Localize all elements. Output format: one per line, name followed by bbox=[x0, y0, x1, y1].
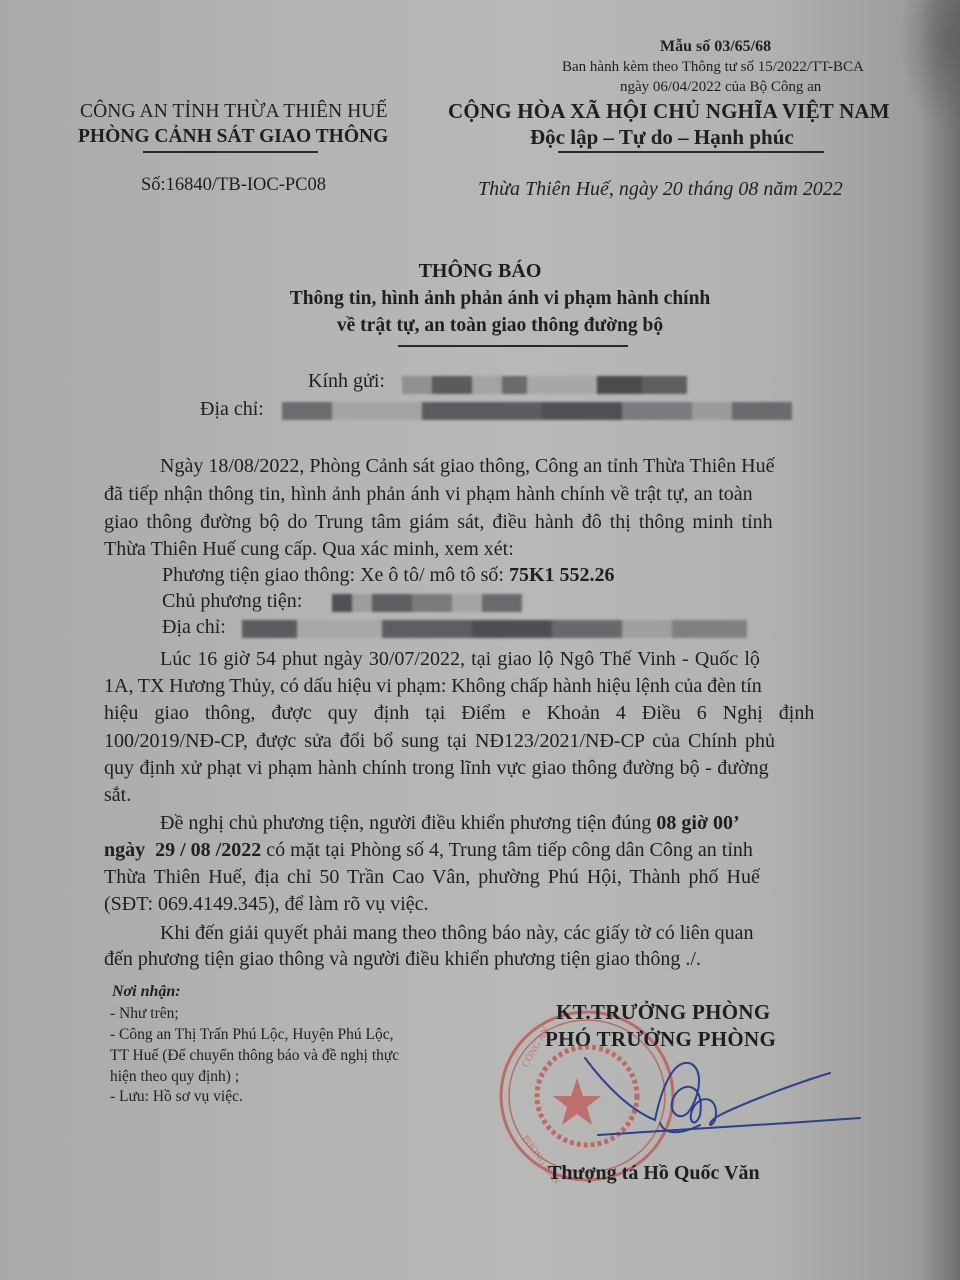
signature-title-line-1: KT.TRƯỞNG PHÒNG bbox=[556, 1000, 771, 1025]
address-redacted bbox=[282, 402, 792, 420]
page-edge-shadow bbox=[920, 0, 960, 1280]
body-paragraph-2-line-2: 1A, TX Hương Thủy, có dấu hiệu vi phạm: … bbox=[104, 675, 762, 698]
address-label: Địa chỉ: bbox=[200, 398, 264, 421]
nation-title: CỘNG HÒA XÃ HỘI CHỦ NGHĨA VIỆT NAM bbox=[448, 99, 890, 124]
form-issued-line-2: ngày 06/04/2022 của Bộ Công an bbox=[620, 79, 821, 96]
form-number: Mẫu số 03/65/68 bbox=[660, 38, 771, 56]
agency-underline bbox=[143, 151, 318, 153]
receiver-item: - Lưu: Hồ sơ vụ việc. bbox=[110, 1088, 243, 1106]
owner-address-redacted bbox=[242, 620, 747, 638]
body-paragraph-3-line-1: Đề nghị chủ phương tiện, người điều khiể… bbox=[160, 812, 740, 835]
body-paragraph-1-line-2: đã tiếp nhận thông tin, hình ảnh phản án… bbox=[104, 483, 753, 506]
subtitle-underline bbox=[398, 345, 628, 347]
recipient-redacted bbox=[402, 376, 687, 394]
body-paragraph-1-line-4: Thừa Thiên Huế cung cấp. Qua xác minh, x… bbox=[104, 538, 514, 561]
document-number: Số:16840/TB-IOC-PC08 bbox=[141, 175, 326, 196]
body-paragraph-3-line-3: Thừa Thiên Huế, địa chỉ 50 Trần Cao Vân,… bbox=[104, 866, 760, 889]
body-paragraph-3-line-2: ngày 29 / 08 /2022 có mặt tại Phòng số 4… bbox=[104, 839, 753, 862]
vehicle-line: Phương tiện giao thông: Xe ô tô/ mô tô s… bbox=[162, 564, 615, 587]
document-subtitle-line-1: Thông tin, hình ảnh phản ánh vi phạm hàn… bbox=[0, 288, 960, 310]
national-motto: Độc lập – Tự do – Hạnh phúc bbox=[530, 125, 794, 150]
receivers-title: Nơi nhận: bbox=[112, 983, 181, 1001]
appointment-text: Đề nghị chủ phương tiện, người điều khiể… bbox=[160, 812, 651, 834]
body-paragraph-2-line-4: 100/2019/NĐ-CP, được sửa đổi bổ sung tại… bbox=[104, 730, 775, 753]
motto-underline bbox=[558, 151, 824, 153]
receiver-item: - Như trên; bbox=[110, 1005, 179, 1023]
form-issued-line-1: Ban hành kèm theo Thông tư số 15/2022/TT… bbox=[562, 59, 864, 76]
agency-parent: CÔNG AN TỈNH THỪA THIÊN HUẾ bbox=[80, 101, 388, 123]
document-title: THÔNG BÁO bbox=[0, 260, 960, 283]
place-date: Thừa Thiên Huế, ngày 20 tháng 08 năm 202… bbox=[478, 178, 843, 201]
vehicle-label: Phương tiện giao thông: Xe ô tô/ mô tô s… bbox=[162, 564, 504, 586]
body-paragraph-4-line-2: đến phương tiện giao thông và người điều… bbox=[104, 948, 701, 971]
body-paragraph-4-line-1: Khi đến giải quyết phải mang theo thông … bbox=[160, 922, 754, 945]
document-subtitle-line-2: về trật tự, an toàn giao thông đường bộ bbox=[0, 315, 960, 337]
owner-address-label: Địa chỉ: bbox=[162, 616, 226, 639]
body-paragraph-2-line-5: quy định xử phạt vi phạm hành chính tron… bbox=[104, 757, 769, 780]
body-paragraph-1-line-1: Ngày 18/08/2022, Phòng Cảnh sát giao thô… bbox=[160, 455, 775, 478]
body-paragraph-3-line-4: (SĐT: 069.4149.345), để làm rõ vụ việc. bbox=[104, 893, 429, 916]
vehicle-plate: 75K1 552.26 bbox=[509, 564, 615, 586]
body-paragraph-2-line-3: hiệu giao thông, được quy định tại Điểm … bbox=[104, 702, 814, 725]
body-paragraph-2-line-6: sắt. bbox=[104, 784, 131, 807]
agency-name: PHÒNG CẢNH SÁT GIAO THÔNG bbox=[78, 126, 388, 148]
appointment-date: ngày 29 / 08 /2022 bbox=[104, 839, 261, 861]
corner-shadow bbox=[900, 0, 960, 130]
appointment-time: 08 giờ 00’ bbox=[656, 812, 739, 834]
handwritten-signature-icon bbox=[560, 1055, 880, 1165]
owner-redacted bbox=[332, 594, 522, 612]
recipient-label: Kính gửi: bbox=[308, 370, 385, 393]
body-paragraph-1-line-3: giao thông đường bộ do Trung tâm giám sá… bbox=[104, 511, 773, 534]
signer-name: Thượng tá Hồ Quốc Văn bbox=[548, 1162, 760, 1185]
signature-title-line-2: PHÓ TRƯỞNG PHÒNG bbox=[545, 1027, 776, 1052]
owner-label: Chủ phương tiện: bbox=[162, 590, 302, 613]
receiver-item: - Công an Thị Trấn Phú Lộc, Huyện Phú Lộ… bbox=[110, 1026, 393, 1044]
body-paragraph-2-line-1: Lúc 16 giờ 54 phut ngày 30/07/2022, tại … bbox=[160, 648, 760, 671]
appointment-place: có mặt tại Phòng số 4, Trung tâm tiếp cô… bbox=[261, 839, 753, 861]
receiver-item: TT Huế (Để chuyển thông báo và đề nghị t… bbox=[110, 1047, 399, 1065]
receiver-item: hiện theo quy định) ; bbox=[110, 1068, 239, 1086]
